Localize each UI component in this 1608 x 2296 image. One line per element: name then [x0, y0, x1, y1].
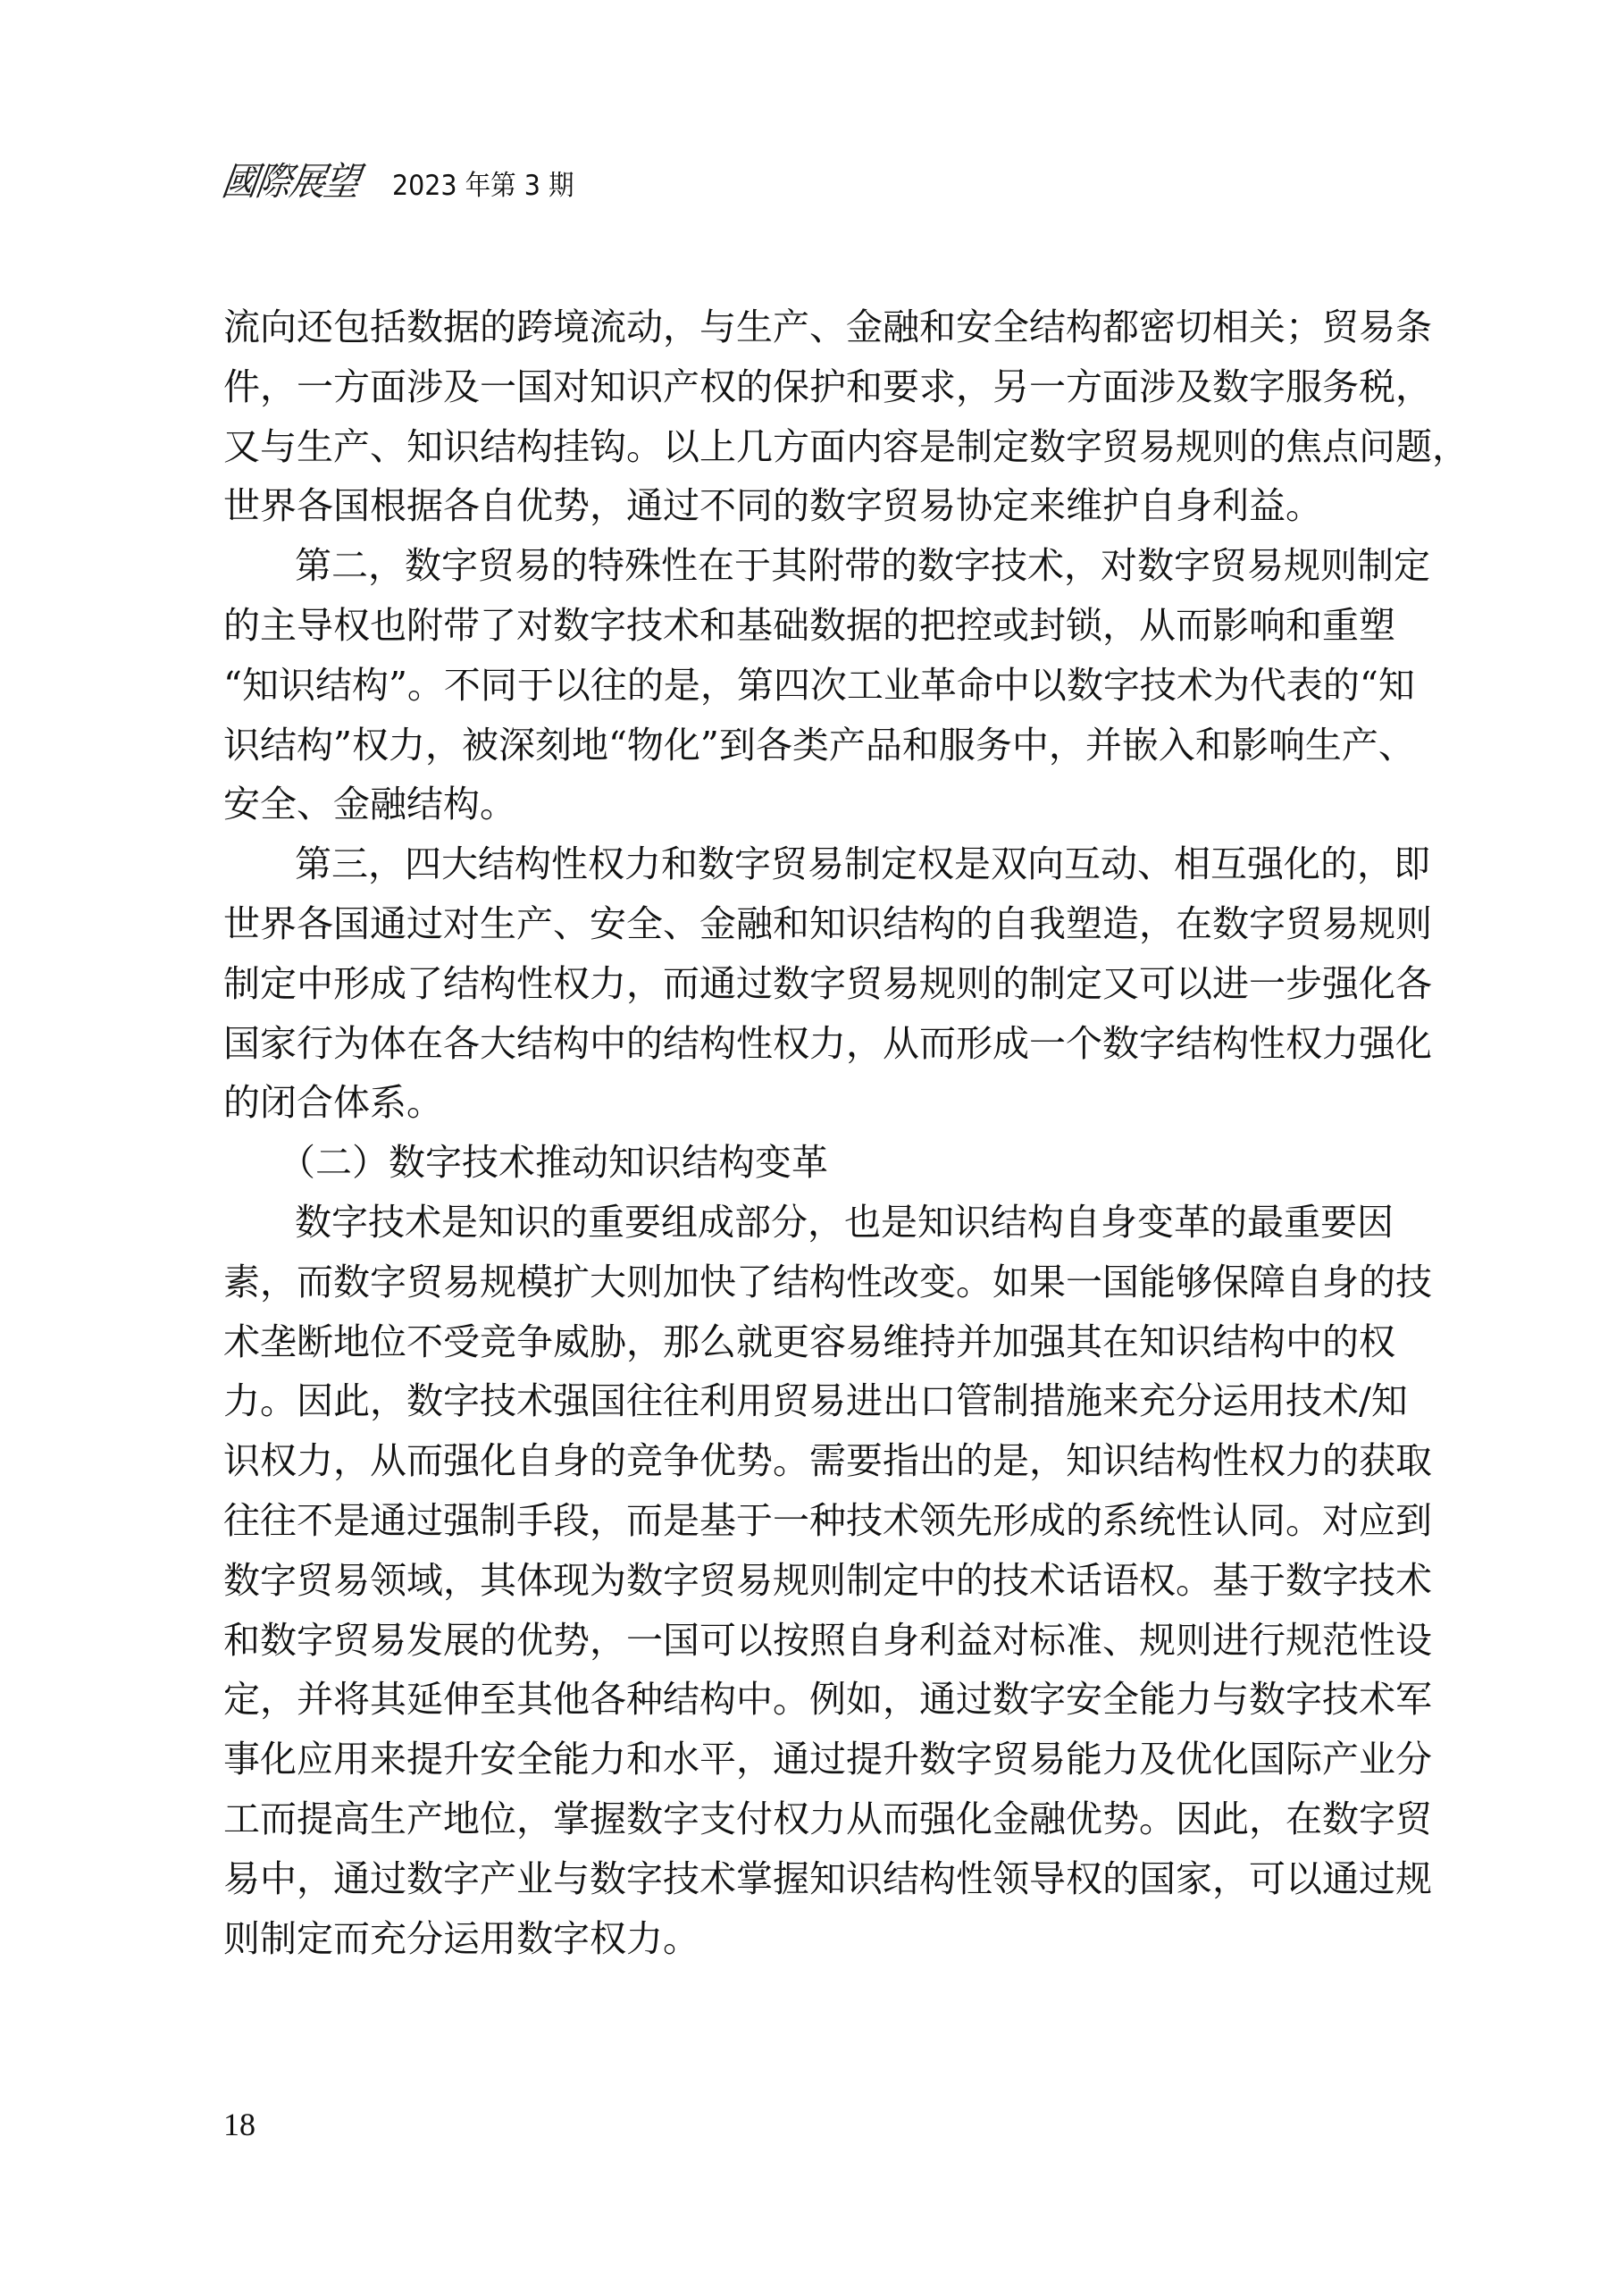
running-header: 國際展望 2023 年第 3 期	[219, 159, 590, 205]
text-line: 世界各国通过对生产、安全、金融和知识结构的自我塑造，在数字贸易规则	[223, 897, 1385, 957]
page-number: 18	[223, 2105, 255, 2144]
text-line: 数字贸易领域，其体现为数字贸易规则制定中的技术话语权。基于数字技术	[223, 1554, 1385, 1613]
text-line: 识权力，从而强化自身的竞争优势。需要指出的是，知识结构性权力的获取	[223, 1434, 1385, 1494]
text-line: 第三，四大结构性权力和数字贸易制定权是双向互动、相互强化的，即	[223, 837, 1385, 897]
paragraph: 数字技术是知识的重要组成部分，也是知识结构自身变革的最重要因 素，而数字贸易规模…	[223, 1195, 1385, 1971]
text-line: 的闭合体系。	[223, 1076, 1385, 1135]
text-line: 素，而数字贸易规模扩大则加快了结构性改变。如果一国能够保障自身的技	[223, 1255, 1385, 1315]
text-line: 安全、金融结构。	[223, 777, 1385, 837]
paragraph: 流向还包括数据的跨境流动，与生产、金融和安全结构都密切相关；贸易条 件，一方面涉…	[223, 300, 1385, 539]
journal-logo: 國際展望	[219, 159, 359, 205]
text-line: 制定中形成了结构性权力，而通过数字贸易规则的制定又可以进一步强化各	[223, 957, 1385, 1017]
text-line: 又与生产、知识结构挂钩。以上几方面内容是制定数字贸易规则的焦点问题，	[223, 420, 1385, 480]
text-line: 术垄断地位不受竞争威胁，那么就更容易维持并加强其在知识结构中的权	[223, 1315, 1385, 1375]
text-line: 力。因此，数字技术强国往往利用贸易进出口管制措施来充分运用技术/知	[223, 1374, 1385, 1434]
text-line: 第二，数字贸易的特殊性在于其附带的数字技术，对数字贸易规则制定	[223, 539, 1385, 599]
text-line: 数字技术是知识的重要组成部分，也是知识结构自身变革的最重要因	[223, 1195, 1385, 1255]
text-line: 工而提高生产地位，掌握数字支付权力从而强化金融优势。因此，在数字贸	[223, 1792, 1385, 1852]
body-text: 流向还包括数据的跨境流动，与生产、金融和安全结构都密切相关；贸易条 件，一方面涉…	[223, 300, 1385, 1971]
text-line: 和数字贸易发展的优势，一国可以按照自身利益对标准、规则进行规范性设	[223, 1613, 1385, 1673]
section-heading-text: （二）数字技术推动知识结构变革	[223, 1135, 1385, 1195]
text-line: 事化应用来提升安全能力和水平，通过提升数字贸易能力及优化国际产业分	[223, 1732, 1385, 1792]
text-line: “知识结构”。不同于以往的是，第四次工业革命中以数字技术为代表的“知	[223, 658, 1385, 718]
text-line: 往往不是通过强制手段，而是基于一种技术领先形成的系统性认同。对应到	[223, 1494, 1385, 1554]
text-line: 识结构”权力，被深刻地“物化”到各类产品和服务中，并嵌入和影响生产、	[223, 718, 1385, 778]
text-line: 定，并将其延伸至其他各种结构中。例如，通过数字安全能力与数字技术军	[223, 1672, 1385, 1732]
document-page: 國際展望 2023 年第 3 期 流向还包括数据的跨境流动，与生产、金融和安全结…	[0, 0, 1608, 2296]
paragraph: 第二，数字贸易的特殊性在于其附带的数字技术，对数字贸易规则制定 的主导权也附带了…	[223, 539, 1385, 837]
text-line: 易中，通过数字产业与数字技术掌握知识结构性领导权的国家，可以通过规	[223, 1852, 1385, 1912]
issue-label: 2023 年第 3 期	[392, 168, 574, 205]
text-line: 流向还包括数据的跨境流动，与生产、金融和安全结构都密切相关；贸易条	[223, 300, 1385, 360]
text-line: 世界各国根据各自优势，通过不同的数字贸易协定来维护自身利益。	[223, 479, 1385, 539]
text-line: 则制定而充分运用数字权力。	[223, 1912, 1385, 1972]
text-line: 件，一方面涉及一国对知识产权的保护和要求，另一方面涉及数字服务税，	[223, 360, 1385, 420]
text-line: 的主导权也附带了对数字技术和基础数据的把控或封锁，从而影响和重塑	[223, 599, 1385, 658]
paragraph: 第三，四大结构性权力和数字贸易制定权是双向互动、相互强化的，即 世界各国通过对生…	[223, 837, 1385, 1135]
section-heading: （二）数字技术推动知识结构变革	[223, 1135, 1385, 1195]
text-line: 国家行为体在各大结构中的结构性权力，从而形成一个数字结构性权力强化	[223, 1017, 1385, 1077]
